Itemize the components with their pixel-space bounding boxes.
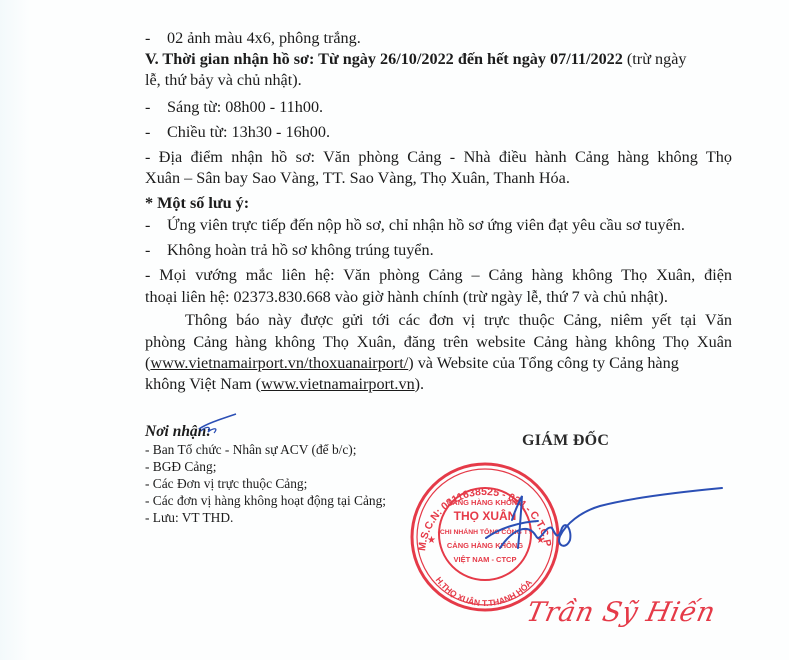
scanned-document-page: -02 ảnh màu 4x6, phông trắng. V. Thời gi… xyxy=(0,0,789,660)
blue-tick-mark-icon xyxy=(199,414,236,433)
svg-text:VIỆT NAM - CTCP: VIỆT NAM - CTCP xyxy=(454,555,517,564)
svg-text:★: ★ xyxy=(427,535,436,546)
handwritten-signature-icon xyxy=(486,488,722,548)
stamp-and-signature-graphics: M.S.C.N: 0311638525 - 024 - C.T.C.P H.TH… xyxy=(0,0,789,660)
svg-text:CẢNG HÀNG KHÔNG: CẢNG HÀNG KHÔNG xyxy=(447,541,523,550)
svg-text:THỌ XUÂN: THỌ XUÂN xyxy=(454,508,517,523)
svg-text:CẢNG HÀNG KHÔNG: CẢNG HÀNG KHÔNG xyxy=(447,498,523,507)
signatory-name: Trần Sỹ Hiến xyxy=(524,597,719,628)
